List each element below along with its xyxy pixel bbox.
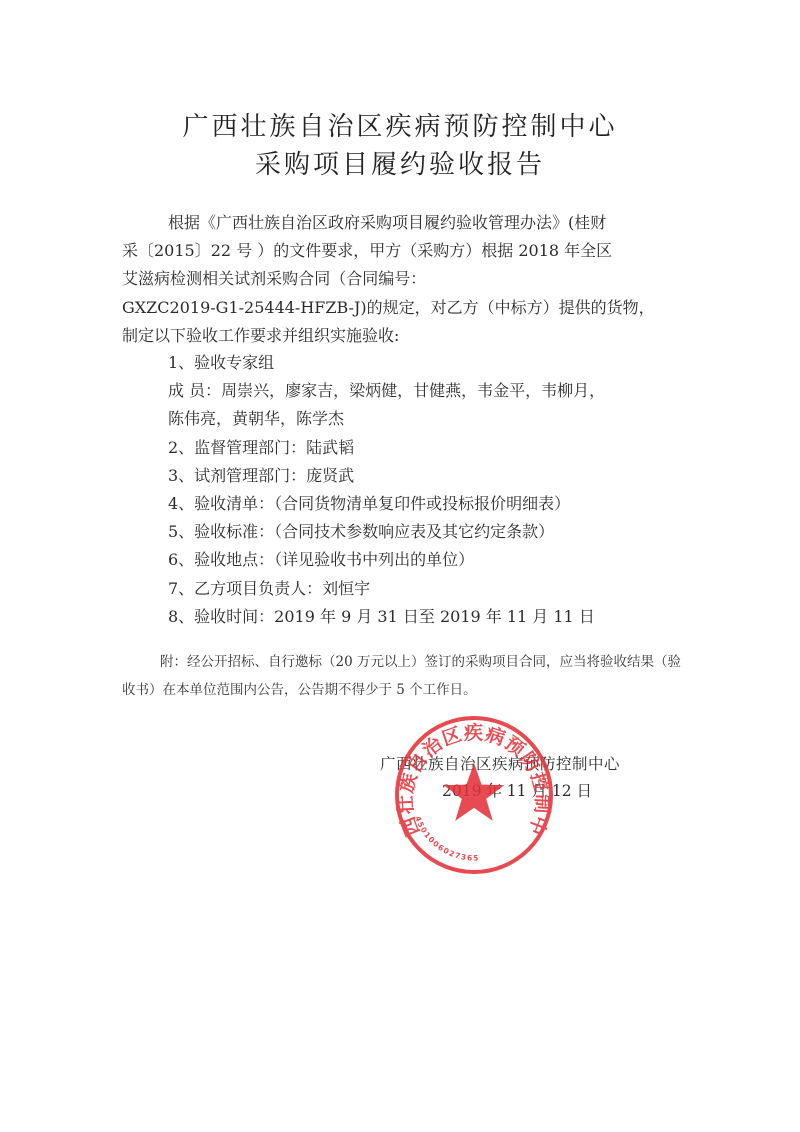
intro-char: 试 xyxy=(234,269,250,288)
list-item-standard: 5、验收标准：（合同技术参数响应表及其它约定条款） xyxy=(168,518,605,546)
intro-line-3: 艾滋病检测相关试剂采购合同（合同编号： xyxy=(122,265,678,293)
intro-line-4: GXZC2019-G1-25444-HFZB-J)的规定，对乙方（中标方）提供的… xyxy=(122,294,678,322)
list-item-supervision-dept: 2、监督管理部门：陆武韬 xyxy=(168,434,605,462)
intro-paragraph: 根据《广西壮族自治区政府采购项目履约验收管理办法》(桂财 采〔2015〕22 号… xyxy=(122,209,678,350)
list-item-checklist: 4、验收清单：（合同货物清单复印件或投标报价明细表） xyxy=(168,490,605,518)
note-line-1: 附：经公开招标、自行邀标（20 万元以上）签订的采购项目合同，应当将验收结果（验 xyxy=(122,648,682,676)
intro-char: 病 xyxy=(154,269,170,288)
document-title-report: 采购项目履约验收报告 xyxy=(0,144,800,181)
intro-char: 检 xyxy=(170,269,186,288)
intro-char: 关 xyxy=(218,269,234,288)
intro-char: 艾 xyxy=(122,269,138,288)
intro-char: 同 xyxy=(362,269,378,288)
list-item-members-cont: 陈伟亮，黄朝华，陈学杰 xyxy=(168,405,605,433)
document-title-org: 广西壮族自治区疾病预防控制中心 xyxy=(0,106,800,143)
list-item-supplier-lead: 7、乙方项目负责人：刘恒宇 xyxy=(168,575,605,603)
list-item-location: 6、验收地点：（详见验收书中列出的单位） xyxy=(168,546,605,574)
document-page: 广西壮族自治区疾病预防控制中心 采购项目履约验收报告 根据《广西壮族自治区政府采… xyxy=(0,0,800,1132)
intro-char: 测 xyxy=(186,269,202,288)
official-seal-stamp: 广西壮族自治区疾病预防控制中心 4501006027365 xyxy=(392,713,556,877)
intro-char: ： xyxy=(410,269,426,288)
intro-char: 编 xyxy=(378,269,394,288)
list-item-time: 8、验收时间：2019 年 9 月 31 日至 2019 年 11 月 11 日 xyxy=(168,603,605,631)
intro-line-2: 采〔2015〕22 号 ）的文件要求，甲方（采购方）根据 2018 年全区 xyxy=(122,237,678,265)
intro-char: 合 xyxy=(346,269,362,288)
intro-char: 滋 xyxy=(138,269,154,288)
intro-char: 同 xyxy=(314,269,330,288)
intro-line-1: 根据《广西壮族自治区政府采购项目履约验收管理办法》(桂财 xyxy=(122,209,678,237)
intro-char: 号 xyxy=(394,269,410,288)
intro-char: （ xyxy=(330,269,346,288)
intro-line-5: 制定以下验收工作要求并组织实施验收: xyxy=(122,322,678,350)
appendix-note: 附：经公开招标、自行邀标（20 万元以上）签订的采购项目合同，应当将验收结果（验… xyxy=(122,648,682,704)
intro-char: 采 xyxy=(266,269,282,288)
requirements-list: 1、验收专家组 成 员：周崇兴，廖家吉，梁炳健，甘健燕，韦金平，韦柳月， 陈伟亮… xyxy=(168,349,605,631)
star-icon xyxy=(444,763,505,821)
list-item-expert-group: 1、验收专家组 xyxy=(168,349,605,377)
list-item-reagent-dept: 3、试剂管理部门：庞贤武 xyxy=(168,462,605,490)
intro-char: 相 xyxy=(202,269,218,288)
note-line-2: 收书）在本单位范围内公告，公告期不得少于 5 个工作日。 xyxy=(122,676,682,704)
intro-char: 购 xyxy=(282,269,298,288)
list-item-members: 成 员：周崇兴，廖家吉，梁炳健，甘健燕，韦金平，韦柳月， xyxy=(168,377,605,405)
intro-char: 剂 xyxy=(250,269,266,288)
intro-char: 合 xyxy=(298,269,314,288)
